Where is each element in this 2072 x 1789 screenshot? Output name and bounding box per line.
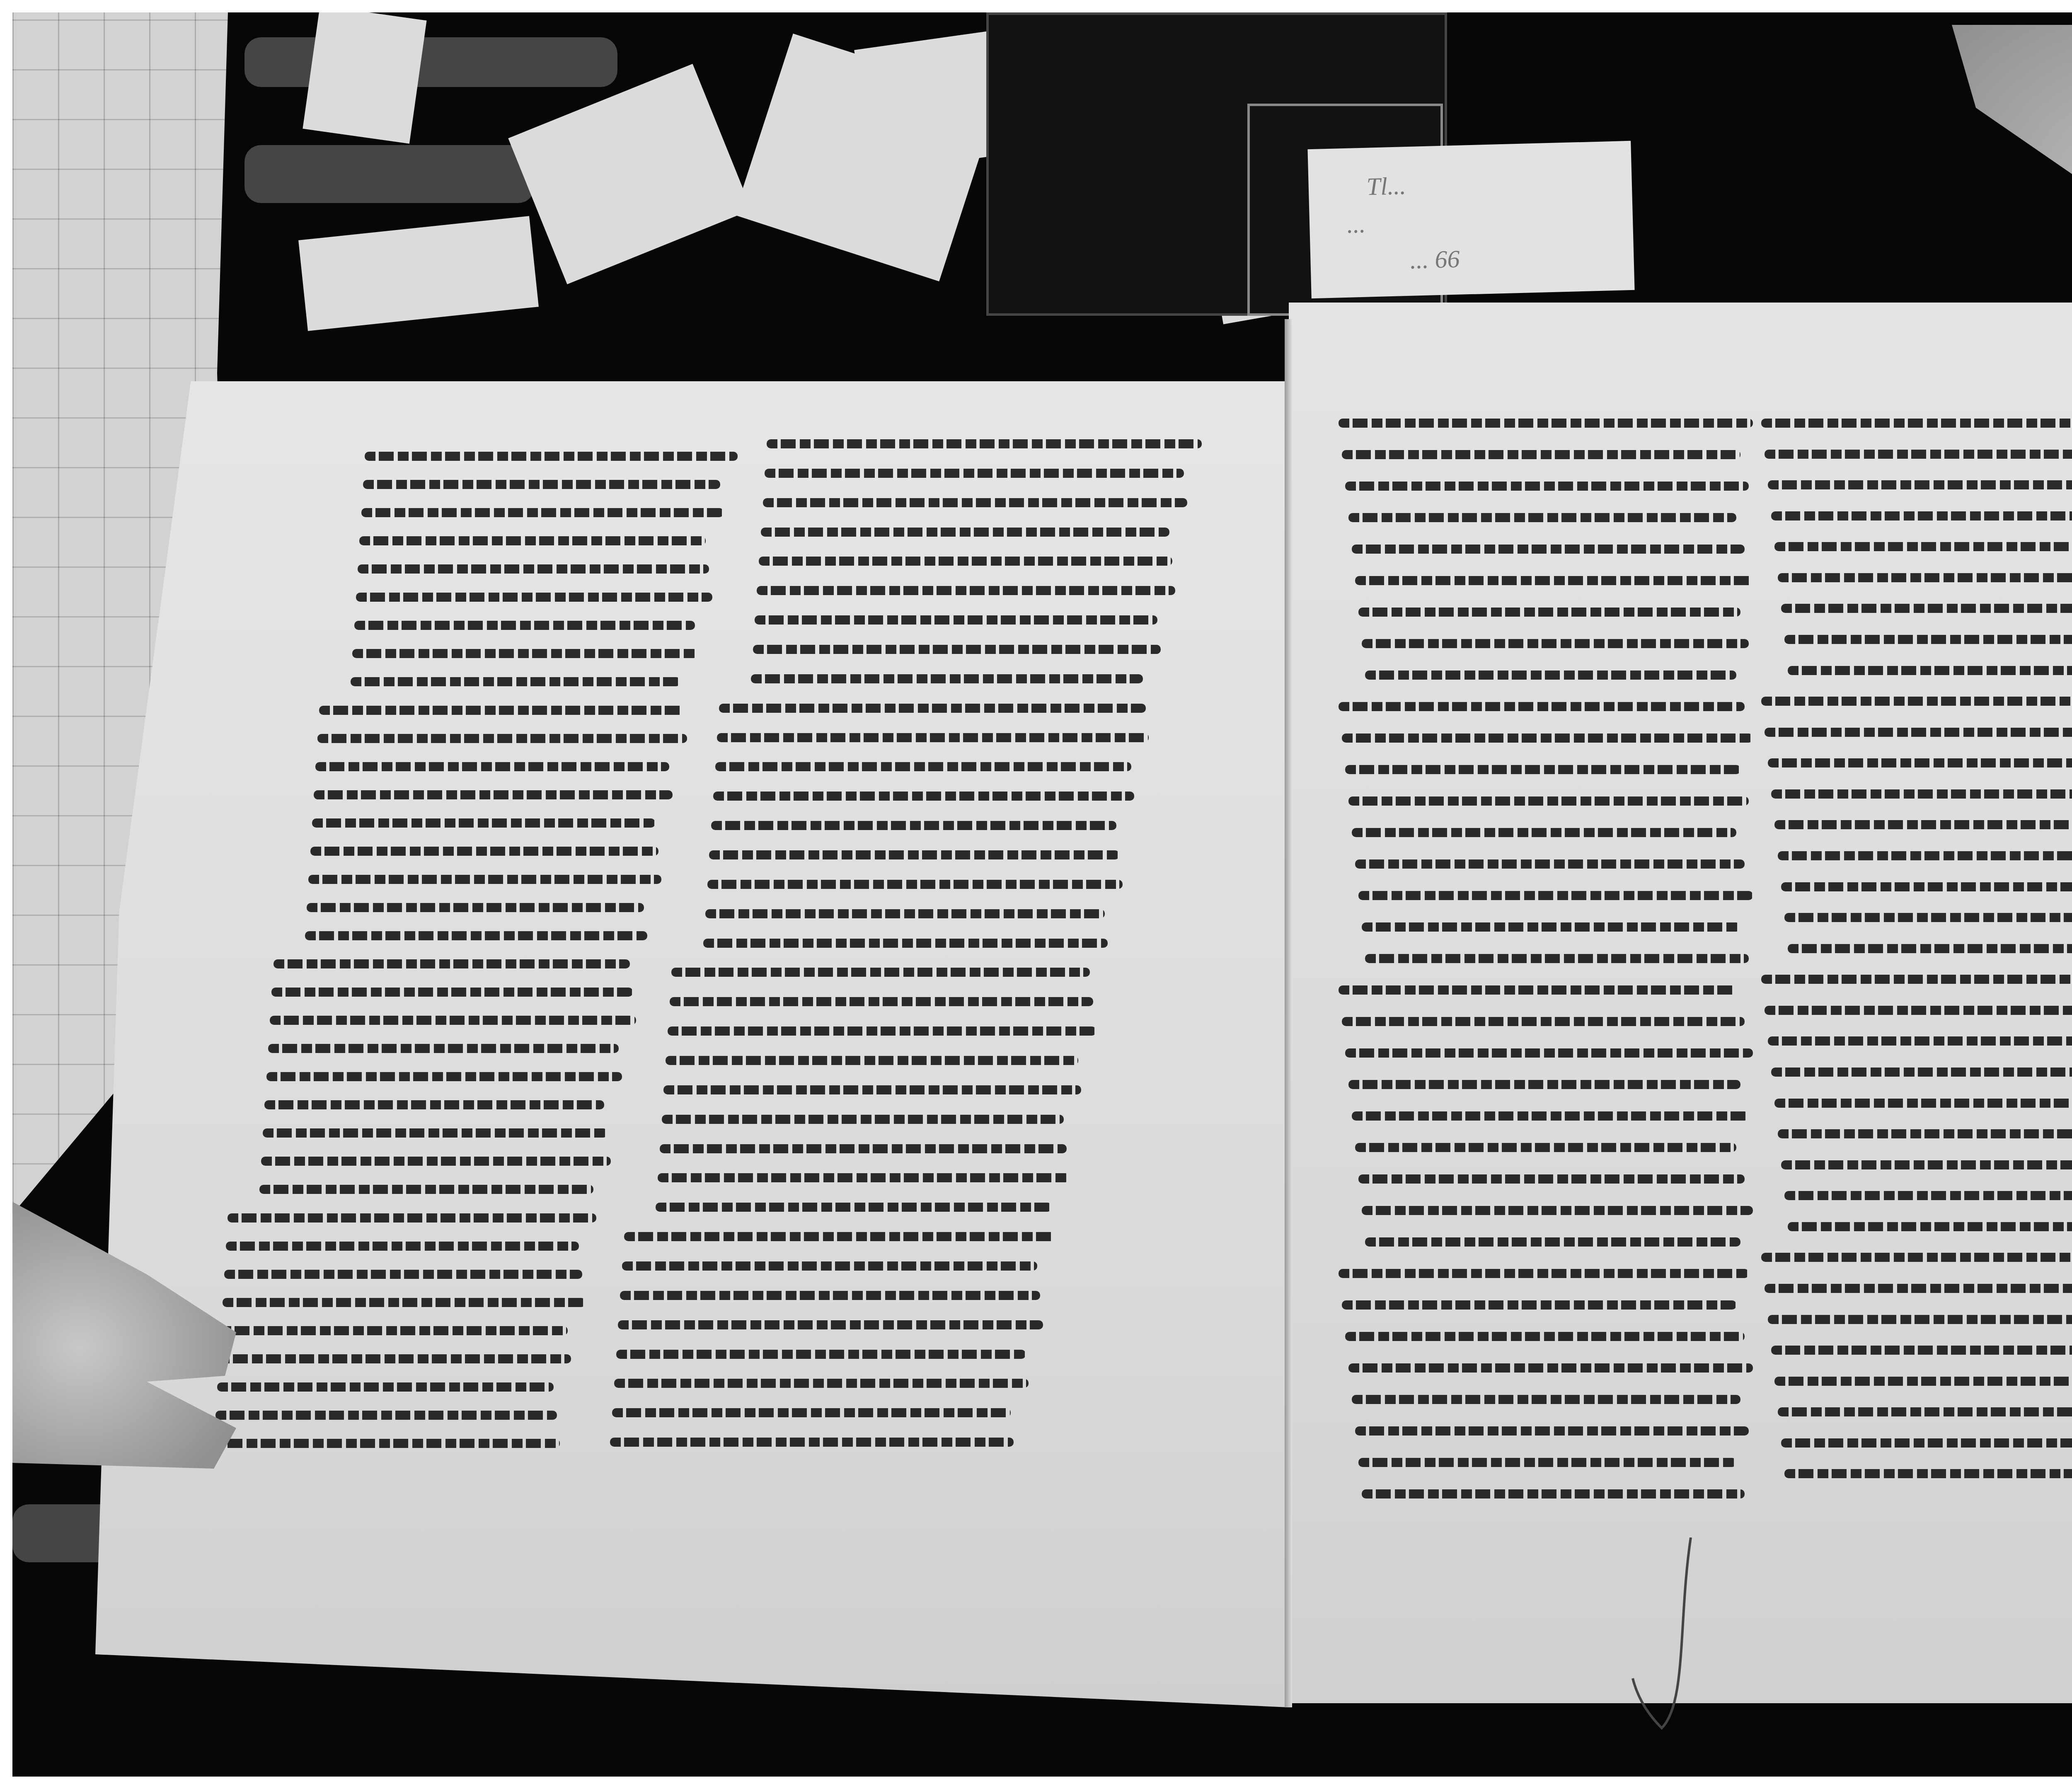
text-line (668, 1026, 1096, 1036)
text-line (759, 557, 1172, 566)
text-line (310, 847, 658, 856)
text-line (715, 762, 1131, 771)
pen-stroke (1629, 1537, 1711, 1745)
text-line (1342, 450, 1740, 459)
text-line (1342, 1300, 1736, 1310)
text-line (1348, 796, 1749, 806)
text-line (1339, 702, 1745, 711)
text-line (1778, 1129, 2072, 1138)
text-line (1345, 482, 1749, 491)
text-line (1761, 975, 2072, 984)
text-line (1355, 576, 1753, 585)
text-line (1342, 734, 1753, 743)
text-line (1774, 820, 2072, 829)
text-line (363, 480, 720, 489)
text-line (1788, 666, 2072, 675)
text-line (228, 1213, 596, 1223)
manuscript-photo: Tl... ... ... 66 ✤ (12, 12, 2072, 1777)
text-line (671, 968, 1090, 977)
text-line (1339, 1269, 1749, 1278)
label-line: ... (1346, 210, 1366, 239)
text-line (713, 792, 1134, 801)
text-line (709, 850, 1119, 859)
text-line (618, 1320, 1043, 1329)
text-line (215, 1411, 557, 1420)
text-line (719, 704, 1146, 713)
text-line (314, 790, 673, 799)
text-line (1781, 604, 2072, 613)
text-line (1358, 1458, 1736, 1467)
text-line (610, 1438, 1014, 1447)
text-line (757, 586, 1175, 595)
text-line (270, 1016, 636, 1025)
text-line (765, 469, 1184, 478)
text-line (1765, 1284, 2072, 1293)
text-line (1352, 828, 1736, 837)
text-line (1761, 419, 2072, 428)
text-line (1768, 1315, 2072, 1324)
text-line (219, 1354, 571, 1363)
text-line (1352, 545, 1745, 554)
text-line (1771, 1068, 2072, 1077)
paper-scrap (303, 12, 426, 144)
text-line (620, 1291, 1040, 1300)
text-line (352, 649, 698, 658)
text-line (761, 528, 1169, 537)
text-column-right-1 (1339, 419, 1753, 1521)
text-line (707, 880, 1123, 889)
text-line (365, 452, 738, 461)
text-line (1348, 1080, 1740, 1089)
text-line (1348, 513, 1736, 522)
text-line (358, 564, 709, 574)
text-line (213, 1439, 560, 1448)
text-line (1362, 639, 1749, 648)
text-line (1765, 1006, 2072, 1015)
text-line (656, 1203, 1052, 1212)
text-line (1778, 851, 2072, 860)
text-column-left-2 (767, 439, 1202, 1467)
text-line (1358, 891, 1753, 900)
text-line (1761, 1253, 2072, 1262)
text-line (717, 733, 1149, 742)
label-line: ... 66 (1410, 245, 1460, 275)
text-line (1358, 1174, 1745, 1184)
text-line (220, 1326, 568, 1335)
text-line (1345, 765, 1740, 774)
text-line (1761, 697, 2072, 706)
text-line (1778, 573, 2072, 582)
text-line (1781, 1160, 2072, 1169)
text-line (1788, 944, 2072, 953)
text-line (317, 734, 687, 743)
text-line (274, 959, 630, 968)
text-line (663, 1085, 1081, 1094)
text-line (612, 1408, 1011, 1417)
text-line (1362, 1206, 1753, 1215)
text-line (268, 1044, 619, 1053)
text-line (1768, 758, 2072, 767)
text-line (711, 821, 1116, 830)
text-line (1345, 1048, 1753, 1058)
text-line (703, 939, 1108, 948)
text-line (705, 909, 1105, 918)
text-line (1784, 1469, 2072, 1478)
text-line (1365, 954, 1749, 963)
text-line (622, 1261, 1037, 1271)
text-line (261, 1157, 611, 1166)
text-line (1342, 1017, 1745, 1026)
text-line (624, 1232, 1055, 1241)
text-line (666, 1056, 1078, 1065)
text-line (359, 536, 706, 545)
text-line (266, 1072, 622, 1081)
text-line (1365, 1237, 1740, 1247)
text-line (308, 875, 661, 884)
text-line (271, 988, 633, 997)
text-line (259, 1185, 593, 1194)
text-line (755, 615, 1157, 625)
text-line (1774, 542, 2072, 551)
text-line (1348, 1363, 1753, 1373)
text-line (1365, 671, 1736, 680)
text-line (1352, 1111, 1749, 1121)
text-line (616, 1350, 1026, 1359)
text-line (767, 439, 1202, 448)
text-line (1788, 1222, 2072, 1231)
gutter (1285, 319, 1292, 1707)
text-line (763, 498, 1187, 507)
text-line (1768, 1036, 2072, 1046)
text-line (614, 1379, 1029, 1388)
text-line (1774, 1099, 2072, 1108)
text-line (307, 903, 644, 912)
text-line (223, 1298, 586, 1307)
text-line (305, 931, 647, 940)
text-line (660, 1144, 1067, 1153)
text-line (361, 508, 724, 517)
text-line (1765, 728, 2072, 737)
text-column-left-1 (365, 452, 738, 1467)
text-line (1784, 913, 2072, 922)
text-line (319, 706, 684, 715)
text-line (751, 674, 1143, 683)
text-line (753, 645, 1161, 654)
text-line (1771, 1346, 2072, 1355)
text-line (351, 677, 680, 686)
text-line (226, 1242, 579, 1251)
text-line (1784, 1191, 2072, 1200)
text-line (1355, 1426, 1749, 1436)
text-line (670, 997, 1093, 1006)
text-column-right-2 (1761, 419, 2072, 1500)
text-line (1355, 859, 1745, 869)
text-line (1771, 511, 2072, 520)
text-line (1345, 1332, 1745, 1341)
text-line (356, 593, 712, 602)
text-line (263, 1128, 608, 1138)
text-line (658, 1173, 1070, 1182)
text-line (354, 621, 695, 630)
text-line (1781, 882, 2072, 891)
text-line (312, 818, 655, 828)
text-line (224, 1270, 582, 1279)
text-line (217, 1382, 554, 1392)
text-line (1358, 608, 1740, 617)
text-line (1771, 789, 2072, 799)
text-line (1362, 1489, 1745, 1498)
text-line (1784, 635, 2072, 644)
text-line (264, 1100, 604, 1109)
text-line (1768, 480, 2072, 489)
label-card: Tl... ... ... 66 (1307, 141, 1634, 298)
text-line (1774, 1377, 2072, 1386)
text-line (1352, 1395, 1740, 1404)
open-book: ✤ (95, 286, 2072, 1707)
text-line (1355, 1143, 1736, 1152)
text-line (1339, 419, 1753, 428)
text-line (1781, 1438, 2072, 1448)
text-line (1778, 1407, 2072, 1416)
label-line: Tl... (1366, 172, 1406, 201)
text-line (662, 1115, 1064, 1124)
text-line (1362, 922, 1740, 932)
text-line (1339, 985, 1736, 995)
text-line (315, 762, 669, 771)
text-line (1765, 450, 2072, 459)
